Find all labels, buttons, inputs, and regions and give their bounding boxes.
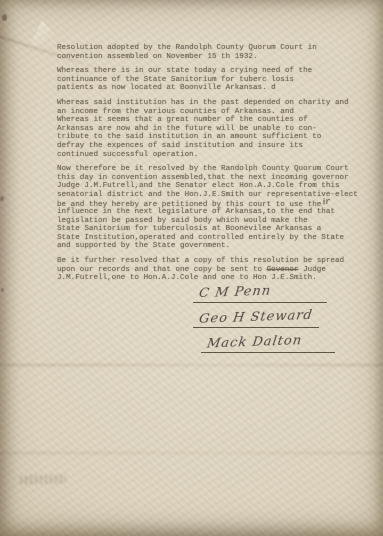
pencil-smudge	[20, 474, 66, 484]
signature-block: C M Penn Geo H Steward Mack Dalton	[193, 283, 338, 358]
paper-speck	[1, 288, 4, 292]
text-line: Whereas said institution has in the past…	[57, 99, 363, 108]
text-line: influence in the next legislature of Ark…	[57, 208, 363, 217]
text-line: continued successful operation.	[57, 151, 363, 160]
text-segment: upon our records and that one copy be se…	[57, 266, 267, 274]
paper-speck	[0, 196, 4, 201]
scanned-document-page: Resolution adopted by the Randolph Count…	[0, 0, 383, 536]
text-line: be and they hereby are petitioned by thi…	[57, 200, 363, 209]
signature-name: C M Penn	[198, 284, 272, 302]
text-line: upon our records and that one copy be se…	[57, 266, 363, 275]
text-line: and supported by the State government.	[57, 242, 363, 251]
handwritten-insertion: ir	[323, 197, 331, 206]
signature-row: Geo H Steward	[193, 308, 338, 328]
signature-name: Geo H Steward	[198, 308, 314, 327]
text-line: Whereas there is in our state today a cr…	[57, 67, 363, 76]
text-line: Judge J.M.Futrell,and the Senator elect …	[57, 182, 363, 191]
typewritten-text: Resolution adopted by the Randolph Count…	[57, 38, 363, 289]
text-line: patients as now located at Boonville Ark…	[57, 84, 363, 93]
paper-crease-flap	[30, 20, 60, 46]
text-line: Now therefore be it resolved by the Rand…	[57, 165, 363, 174]
text-line: an income from the various counties of A…	[57, 108, 363, 117]
paper-speck	[2, 14, 7, 21]
signature-underline: Mack Dalton	[201, 333, 335, 353]
signature-underline: C M Penn	[193, 283, 327, 303]
text-line: defray the expences of said institution …	[57, 142, 363, 151]
heading-line: Resolution adopted by the Randolph Count…	[57, 44, 363, 53]
text-line: legislation be passed by said body which…	[57, 217, 363, 226]
text-segment: Judge	[299, 266, 326, 274]
paper-fold-line	[0, 364, 383, 366]
heading-line: convention assembled on November 15 th 1…	[57, 53, 363, 62]
text-line: State Sanitorium for tuberculosis at Boo…	[57, 225, 363, 234]
signature-row: Mack Dalton	[193, 333, 338, 353]
text-line: tribute to the said institution in an am…	[57, 133, 363, 142]
text-line: senatorial district and the Hon.J.E.Smit…	[57, 191, 363, 200]
text-line: Be it further resolved that a copy of th…	[57, 257, 363, 266]
struck-out-word: Govenor	[267, 266, 299, 274]
text-line: Whereas it seems that a great number of …	[57, 116, 363, 125]
text-line: J.M.Futrell,one to Hon.A.J.Cole and one …	[57, 274, 363, 283]
signature-name: Mack Dalton	[206, 333, 303, 351]
paper-fold-line	[0, 452, 383, 454]
signature-row: C M Penn	[193, 283, 338, 303]
signature-underline: Geo H Steward	[193, 308, 319, 328]
